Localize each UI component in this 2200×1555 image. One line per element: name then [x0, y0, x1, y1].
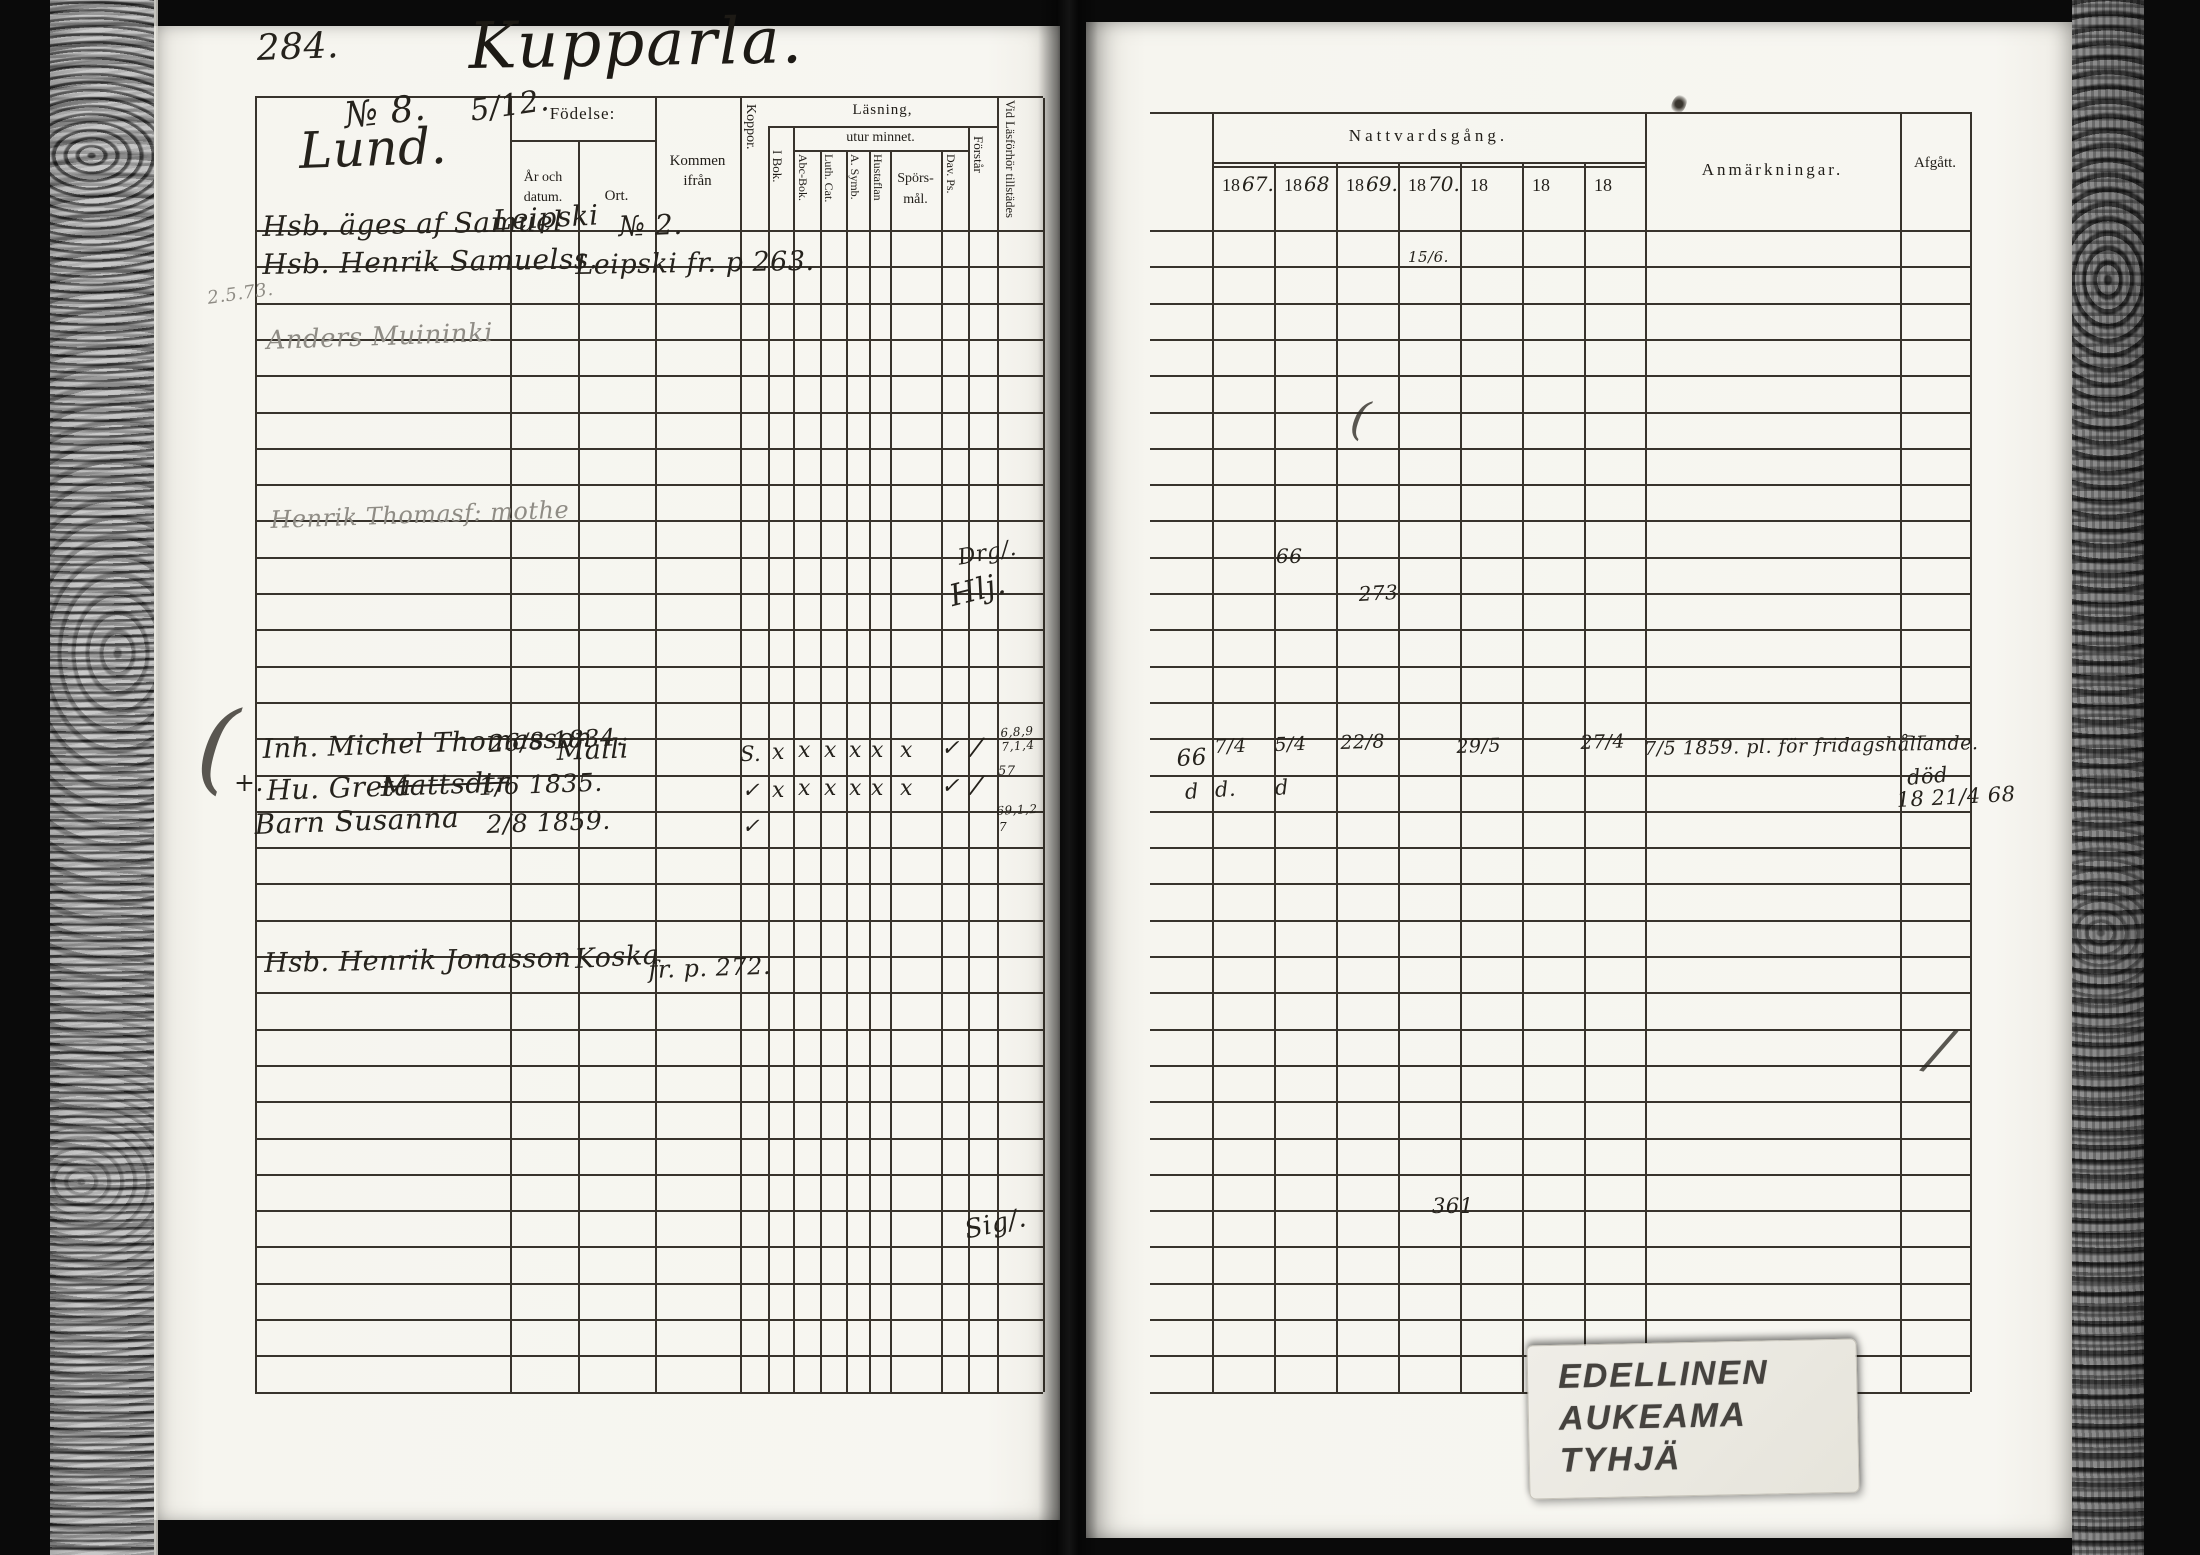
rule-line-horizontal: [1150, 920, 1970, 922]
rule-line-horizontal: [255, 1101, 1043, 1103]
rule-line-horizontal: [1150, 412, 1970, 414]
book-gutter: [1038, 0, 1098, 1555]
year-column-blank-1: 18: [1470, 172, 1490, 196]
year-column-1869: 1869.: [1346, 172, 1398, 196]
year-printed: 18: [1408, 175, 1426, 195]
rule-line-horizontal: [1150, 448, 1970, 450]
year-printed: 18: [1532, 175, 1550, 195]
col-header-hustaflan: Hustaflan: [870, 154, 885, 228]
year-written: 68: [1304, 172, 1329, 196]
year-written: 69.: [1366, 172, 1398, 196]
hw-hw-m_natt-4: 27/4: [1580, 730, 1625, 754]
rule-line-vertical: [793, 128, 795, 1392]
rule-line-horizontal: [255, 1246, 1043, 1248]
year-column-blank-2: 18: [1532, 172, 1552, 196]
hw-hw-m_afg: – –: [1906, 726, 1927, 744]
col-header-dav-ps: Dav. Ps.: [943, 154, 958, 228]
rule-line-horizontal: [1214, 166, 1645, 168]
rule-line-horizontal: [1150, 956, 1970, 958]
rule-line-horizontal: [1150, 847, 1970, 849]
hw-hw-g_natt-0: d: [1184, 779, 1200, 804]
hw-hw-g_marks-6: ✓: [941, 774, 959, 799]
hw-hw-g_marks-1: x: [798, 776, 810, 801]
year-printed: 18: [1470, 175, 1488, 195]
hw-hw-j_name: Hsb. Henrik Jonasson: [264, 943, 572, 979]
hw-hw-n66: 66: [1276, 544, 1302, 568]
rule-line-horizontal: [255, 303, 1043, 305]
rule-line-horizontal: [1150, 1138, 1970, 1140]
rule-line-vertical: [869, 152, 871, 1392]
hw-hw-m_koppor: S.: [740, 742, 761, 766]
hw-hw-g_marks-0: x: [772, 778, 784, 803]
col-header-in-book: I Bok.: [769, 150, 785, 228]
hw-hw-m_marks-1: x: [798, 738, 810, 763]
rule-line-horizontal: [255, 1138, 1043, 1140]
hw-hw-s_vid2: 7: [999, 820, 1007, 834]
hw-hw-g_natt-1: d.: [1214, 777, 1237, 802]
rule-line-horizontal: [1150, 883, 1970, 885]
col-header-sporsmal: Spörs-mål.: [890, 168, 941, 210]
rule-line-vertical: [890, 152, 892, 1392]
hw-hw-j_from: fr. p. 272.: [648, 952, 771, 984]
rule-line-horizontal: [1150, 1101, 1970, 1103]
year-written: 70.: [1428, 172, 1460, 196]
rule-line-horizontal: [1150, 629, 1970, 631]
hw-document-title: Kupparla.: [468, 4, 805, 84]
hw-document-household_name: Lund.: [298, 117, 448, 180]
rule-line-horizontal: [255, 629, 1043, 631]
rule-line-horizontal: [255, 1392, 1043, 1394]
rule-line-vertical: [1584, 164, 1586, 1392]
archive-stamp-slip: EDELLINEN AUKEAMA TYHJÄ: [1526, 1339, 1859, 1500]
year-column-1867: 1867.: [1222, 172, 1274, 196]
rule-line-horizontal: [1150, 1246, 1970, 1248]
col-header-come-from: Kommen ifrån: [655, 152, 740, 191]
rule-line-vertical: [1336, 164, 1338, 1392]
rule-line-vertical: [1522, 164, 1524, 1392]
hw-hw-m_marks-5: x: [900, 738, 912, 763]
rule-line-horizontal: [255, 847, 1043, 849]
rule-line-vertical: [997, 98, 999, 1392]
year-column-blank-3: 18: [1594, 172, 1614, 196]
rule-line-horizontal: [510, 140, 655, 142]
hw-hw-g_koppor: ✓: [742, 778, 760, 802]
hw-hw-m_marks-4: x: [871, 738, 883, 763]
hw-hw-m_natt-2: 22/8: [1340, 730, 1385, 754]
rule-line-horizontal: [255, 1283, 1043, 1285]
hw-hw-s_koppor: ✓: [742, 814, 760, 838]
rule-line-vertical: [1398, 164, 1400, 1392]
hw-hw-g_birth: 1/6 1835.: [478, 768, 603, 801]
hw-hw-r1_ort1: Leipski: [492, 198, 599, 236]
rule-line-horizontal: [255, 992, 1043, 994]
rule-line-horizontal: [255, 1210, 1043, 1212]
hw-hw-m_vid2: 7,1,4: [1001, 738, 1035, 754]
hw-hw-r2_from: Leipski fr. p 263.: [575, 246, 815, 281]
hw-hw-m_natt-0: 7/4: [1214, 735, 1247, 758]
year-written: 67.: [1242, 172, 1274, 196]
rule-line-horizontal: [1150, 1210, 1970, 1212]
hw-hw-r2_natt: 15/6.: [1408, 248, 1449, 266]
rule-line-horizontal: [1150, 593, 1970, 595]
rule-line-horizontal: [255, 484, 1043, 486]
col-header-from-memory: utur minnet.: [793, 130, 968, 146]
col-header-vid-lasforhor: Vid Läsförhör tillstädes: [1000, 100, 1040, 228]
col-header-smallpox: Koppor.: [742, 104, 758, 228]
rule-line-horizontal: [255, 1319, 1043, 1321]
hw-hw-m_marks-0: x: [772, 740, 784, 765]
col-header-forstar: Förstår: [970, 136, 986, 228]
hw-hw-m_natt-1: 5/4: [1274, 733, 1307, 756]
rule-line-horizontal: [1150, 520, 1970, 522]
rule-line-horizontal: [1150, 666, 1970, 668]
hw-hw-g_marks-4: x: [871, 776, 883, 801]
hw-hw-g_marks-2: x: [824, 776, 836, 801]
rule-line-horizontal: [255, 666, 1043, 668]
rule-line-horizontal: [255, 1174, 1043, 1176]
year-printed: 18: [1594, 175, 1612, 195]
stamp-line: EDELLINEN: [1558, 1350, 1857, 1398]
stamp-line: AUKEAMA: [1559, 1392, 1858, 1440]
year-printed: 18: [1346, 175, 1364, 195]
col-header-apost-symb: A. Symb.: [847, 154, 862, 228]
hw-hw-g_natt-2: d: [1274, 775, 1290, 800]
hw-hw-n273: 273: [1358, 580, 1399, 606]
hw-hw-s_birth: 2/8 1859.: [486, 806, 611, 839]
rule-line-vertical: [941, 152, 943, 1392]
hw-hw-g_plus: +.: [234, 768, 264, 797]
rule-line-horizontal: [255, 1029, 1043, 1031]
scanned-book-spread: Födelse: År och datum. Ort. Kommen ifrån…: [0, 0, 2200, 1555]
rule-line-horizontal: [1150, 375, 1970, 377]
rule-line-horizontal: [1150, 303, 1970, 305]
rule-line-vertical: [820, 152, 822, 1392]
rule-line-horizontal: [768, 126, 997, 128]
hw-hw-m_marks-3: x: [849, 738, 861, 763]
hw-hw-g_marks-3: x: [849, 776, 861, 801]
year-printed: 18: [1222, 175, 1240, 195]
rule-line-horizontal: [255, 375, 1043, 377]
rule-line-horizontal: [1150, 811, 1970, 813]
hw-hw-r1_no: № 2.: [618, 208, 683, 243]
rule-line-horizontal: [1150, 484, 1970, 486]
rule-line-horizontal: [1150, 1319, 1970, 1321]
rule-line-horizontal: [255, 883, 1043, 885]
col-header-departed: Afgått.: [1900, 155, 1970, 172]
rule-line-horizontal: [255, 557, 1043, 559]
rule-line-horizontal: [1150, 1174, 1970, 1176]
rule-line-horizontal: [1150, 266, 1970, 268]
hw-hw-g_marks-5: x: [900, 776, 912, 801]
rule-line-vertical: [768, 128, 770, 1392]
hw-document-page_number: 284.: [256, 25, 340, 69]
year-column-1868: 1868: [1284, 172, 1329, 196]
rule-line-horizontal: [1150, 112, 1970, 114]
hw-hw-r2_name: Hsb. Henrik Samuelss.: [262, 242, 598, 281]
col-header-abc-book: Abc-Bok.: [795, 154, 810, 228]
rule-line-horizontal: [255, 920, 1043, 922]
marbled-edge-right: [2072, 0, 2144, 1555]
rule-line-horizontal: [255, 1065, 1043, 1067]
hw-hw-m_pre: 66: [1176, 744, 1208, 772]
year-column-1870: 1870.: [1408, 172, 1460, 196]
year-printed: 18: [1284, 175, 1302, 195]
hw-hw-m_marks-2: x: [824, 738, 836, 763]
rule-line-horizontal: [1150, 1029, 1970, 1031]
rule-line-horizontal: [255, 593, 1043, 595]
marbled-edge-left: [50, 0, 154, 1555]
rule-line-horizontal: [255, 412, 1043, 414]
rule-line-horizontal: [1212, 162, 1645, 164]
col-header-communion-group: Nattvardsgång.: [1212, 126, 1645, 146]
col-header-reading-group: Läsning,: [768, 102, 997, 119]
hw-hw-n361: 361: [1432, 1194, 1474, 1218]
stamp-line: TYHJÄ: [1559, 1434, 1858, 1482]
rule-line-vertical: [846, 152, 848, 1392]
hw-hw-m_natt-3: 29/5: [1456, 734, 1501, 758]
rule-line-horizontal: [1150, 557, 1970, 559]
hw-hw-g_vid: 57: [998, 764, 1016, 779]
rule-line-horizontal: [1150, 992, 1970, 994]
col-header-remarks: Anmärkningar.: [1645, 160, 1900, 180]
rule-line-vertical: [655, 98, 657, 1392]
rule-line-horizontal: [1150, 230, 1970, 232]
hw-hw-m_marks-6: ✓: [941, 736, 959, 761]
rule-line-horizontal: [1150, 1283, 1970, 1285]
rule-line-horizontal: [1150, 702, 1970, 704]
rule-line-horizontal: [255, 702, 1043, 704]
col-header-luth-cat: Luth. Cat.: [821, 154, 836, 228]
rule-line-horizontal: [255, 1355, 1043, 1357]
rule-line-horizontal: [1150, 1065, 1970, 1067]
hw-hw-m_ort: Malli: [556, 733, 629, 766]
rule-line-horizontal: [1150, 339, 1970, 341]
rule-line-horizontal: [255, 448, 1043, 450]
hw-hw-s_vid1: 69,1,2: [996, 802, 1038, 818]
